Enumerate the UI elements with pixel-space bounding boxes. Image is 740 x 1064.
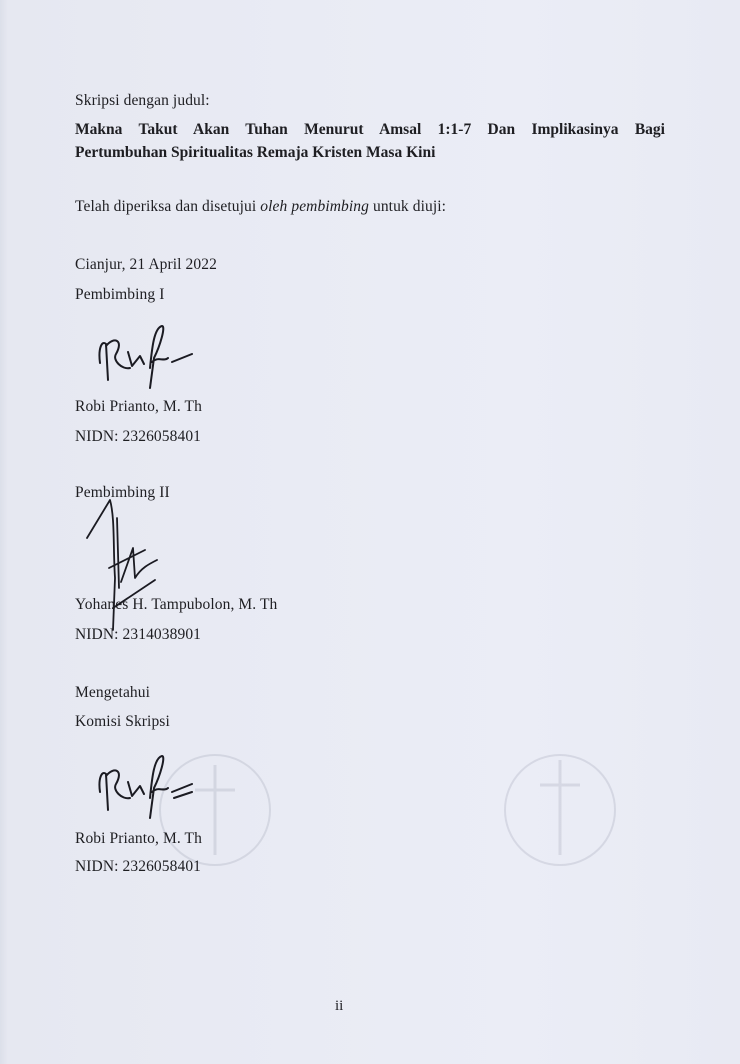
acknowledgement-label: Mengetahui (75, 684, 150, 702)
commission-name: Robi Prianto, M. Th (75, 830, 202, 848)
approval-statement: Telah diperiksa dan disetujui oleh pembi… (75, 198, 446, 216)
document-page: Skripsi dengan judul: Makna Takut Akan T… (0, 0, 740, 1064)
page-number: ii (335, 998, 343, 1015)
approval-text-2: oleh pembimbing (260, 198, 369, 215)
approval-text-1: Telah diperiksa dan disetujui (75, 198, 260, 215)
advisor-1-signature (92, 318, 212, 393)
advisor-2-name: Yohanes H. Tampubolon, M. Th (75, 596, 277, 614)
advisor-2-nidn: NIDN: 2314038901 (75, 626, 201, 644)
commission-label: Komisi Skripsi (75, 713, 170, 731)
advisor-1-name: Robi Prianto, M. Th (75, 398, 202, 416)
approval-text-3: untuk diuji: (369, 198, 446, 215)
thesis-title-line-2: Pertumbuhan Spiritualitas Remaja Kristen… (75, 141, 665, 164)
place-date: Cianjur, 21 April 2022 (75, 256, 217, 274)
commission-signature (92, 750, 212, 825)
show-through-seal-icon (495, 745, 625, 875)
thesis-title-line-1: Makna Takut Akan Tuhan Menurut Amsal 1:1… (75, 118, 665, 141)
commission-nidn: NIDN: 2326058401 (75, 858, 201, 876)
advisor-1-nidn: NIDN: 2326058401 (75, 428, 201, 446)
intro-label: Skripsi dengan judul: (75, 92, 210, 110)
thesis-title: Makna Takut Akan Tuhan Menurut Amsal 1:1… (75, 118, 665, 164)
advisor-1-role: Pembimbing I (75, 286, 164, 304)
